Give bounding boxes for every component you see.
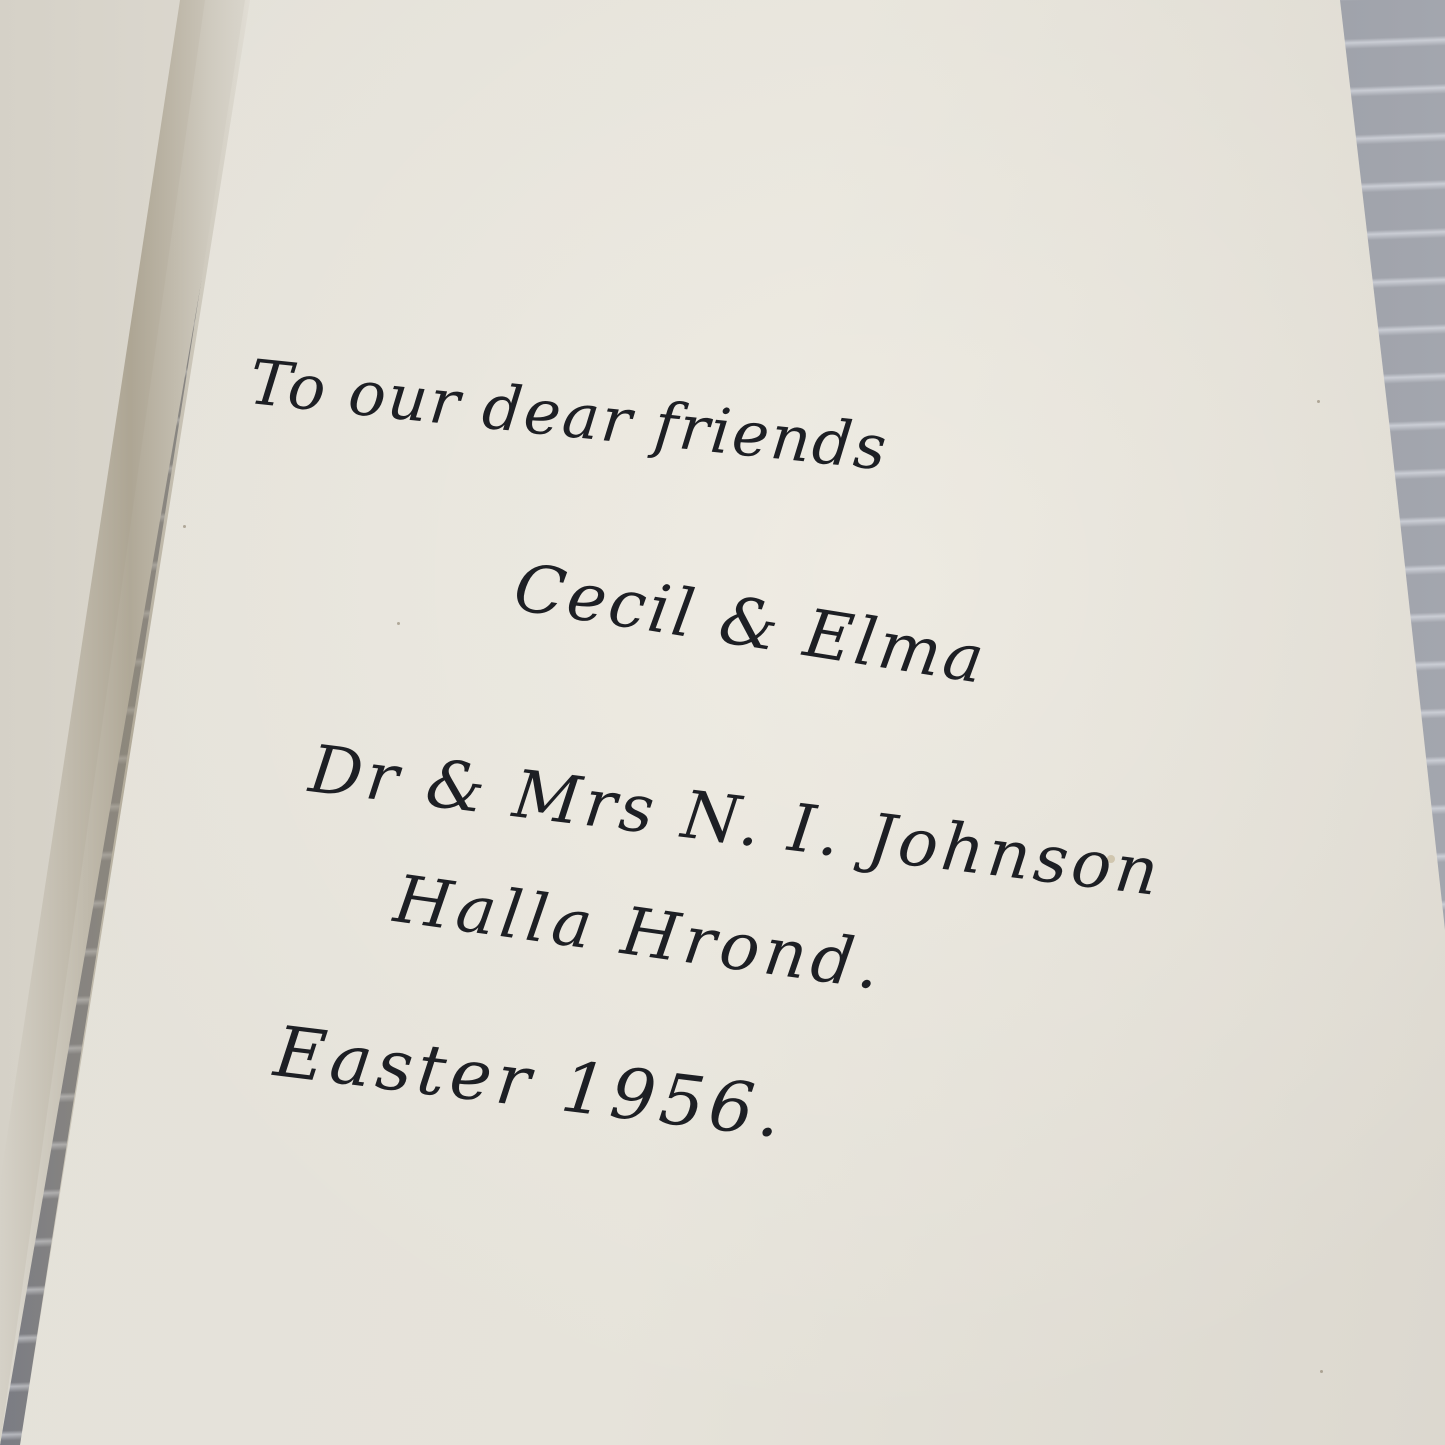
inscription-recipients: Cecil & Elma: [509, 548, 992, 699]
inscription-date: Easter 1956.: [270, 1010, 791, 1154]
inscription-place: Halla Hrond.: [390, 860, 890, 1005]
inscription-greeting: To our dear friends: [246, 345, 892, 485]
handwritten-inscription: To our dear friends Cecil & Elma Dr & Mr…: [0, 0, 1445, 1445]
